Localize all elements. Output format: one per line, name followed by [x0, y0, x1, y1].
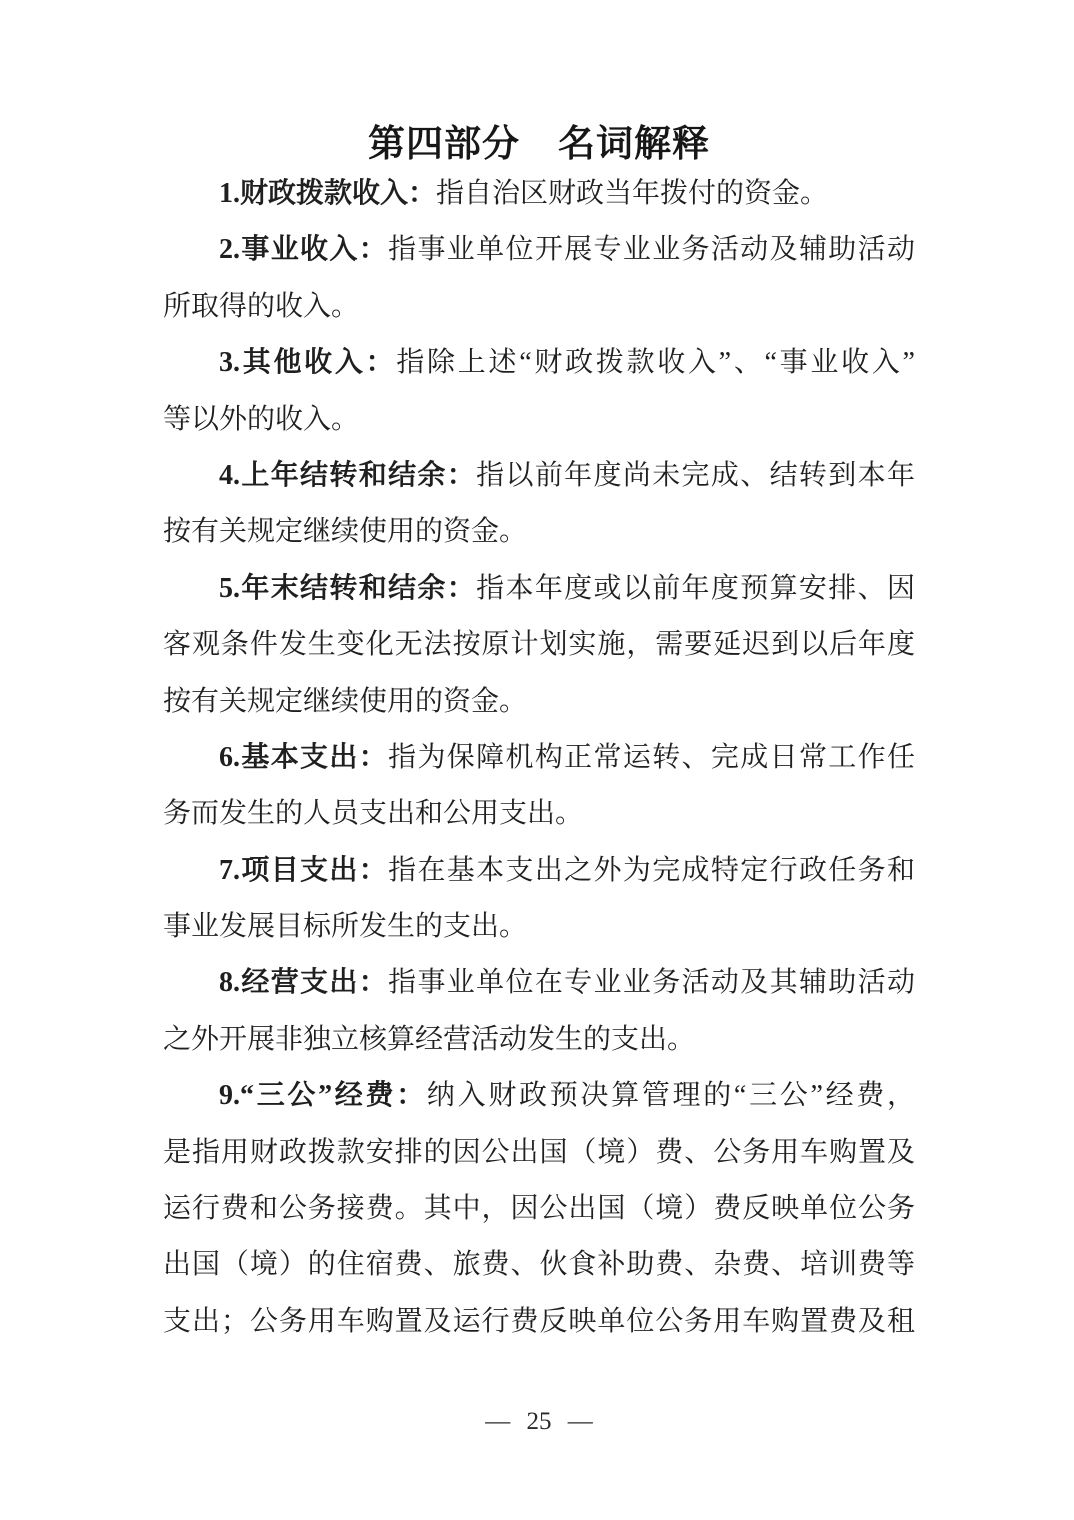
text-line: 之外开展非独立核算经营活动发生的支出。	[163, 1012, 915, 1068]
definition-paragraph-2: 2.事业收入：指事业单位开展专业业务活动及辅助活动 所取得的收入。	[163, 222, 915, 335]
definition-text: 指自治区财政当年拨付的资金。	[436, 178, 828, 209]
term-label: 1.财政拨款收入：	[219, 178, 436, 209]
page-footer: — 25 —	[163, 1404, 915, 1440]
definition-text: 运行费和公务接费。其中，因公出国（境）费反映单位公务	[163, 1193, 915, 1224]
definition-text: 指本年度或以前年度预算安排、因	[476, 573, 915, 604]
definition-text: 出国（境）的住宿费、旅费、伙食补助费、杂费、培训费等	[163, 1249, 915, 1280]
definition-paragraph-4: 4.上年结转和结余：指以前年度尚未完成、结转到本年 按有关规定继续使用的资金。	[163, 448, 915, 561]
text-line: 9.“三公”经费：纳入财政预决算管理的“三公”经费，	[163, 1068, 915, 1124]
text-line: 等以外的收入。	[163, 392, 915, 448]
term-label: 7.项目支出：	[219, 855, 388, 886]
text-line: 3.其他收入：指除上述“财政拨款收入”、“事业收入”	[163, 335, 915, 391]
definition-paragraph-1: 1.财政拨款收入：指自治区财政当年拨付的资金。	[163, 166, 915, 222]
definition-text: 按有关规定继续使用的资金。	[163, 686, 527, 717]
text-line: 客观条件发生变化无法按原计划实施，需要延迟到以后年度	[163, 617, 915, 673]
definition-paragraph-7: 7.项目支出：指在基本支出之外为完成特定行政任务和 事业发展目标所发生的支出。	[163, 843, 915, 956]
definition-paragraph-6: 6.基本支出：指为保障机构正常运转、完成日常工作任 务而发生的人员支出和公用支出…	[163, 730, 915, 843]
page-number: — 25 —	[485, 1408, 593, 1435]
term-label: 6.基本支出：	[219, 742, 388, 773]
text-line: 支出；公务用车购置及运行费反映单位公务用车购置费及租	[163, 1294, 915, 1350]
text-line: 4.上年结转和结余：指以前年度尚未完成、结转到本年	[163, 448, 915, 504]
term-label: 5.年末结转和结余：	[219, 573, 476, 604]
text-line: 8.经营支出：指事业单位在专业业务活动及其辅助活动	[163, 955, 915, 1011]
term-label: 4.上年结转和结余：	[219, 460, 476, 491]
definition-paragraph-3: 3.其他收入：指除上述“财政拨款收入”、“事业收入” 等以外的收入。	[163, 335, 915, 448]
definition-text: 支出；公务用车购置及运行费反映单位公务用车购置费及租	[163, 1306, 915, 1337]
term-label: 2.事业收入：	[219, 234, 388, 265]
document-body: 1.财政拨款收入：指自治区财政当年拨付的资金。 2.事业收入：指事业单位开展专业…	[163, 166, 915, 1350]
definition-paragraph-5: 5.年末结转和结余：指本年度或以前年度预算安排、因 客观条件发生变化无法按原计划…	[163, 561, 915, 730]
definition-text: 务而发生的人员支出和公用支出。	[163, 798, 583, 829]
text-line: 按有关规定继续使用的资金。	[163, 674, 915, 730]
term-label: 3.其他收入：	[219, 347, 396, 378]
definition-text: 指事业单位开展专业业务活动及辅助活动	[388, 234, 915, 265]
text-line: 出国（境）的住宿费、旅费、伙食补助费、杂费、培训费等	[163, 1237, 915, 1293]
text-line: 所取得的收入。	[163, 279, 915, 335]
text-line: 按有关规定继续使用的资金。	[163, 504, 915, 560]
definition-text: 之外开展非独立核算经营活动发生的支出。	[163, 1024, 695, 1055]
text-line: 是指用财政拨款安排的因公出国（境）费、公务用车购置及	[163, 1125, 915, 1181]
text-line: 务而发生的人员支出和公用支出。	[163, 786, 915, 842]
page-title: 第四部分 名词解释	[163, 122, 915, 166]
definition-text: 指为保障机构正常运转、完成日常工作任	[388, 742, 915, 773]
text-line: 事业发展目标所发生的支出。	[163, 899, 915, 955]
term-label: 9.“三公”经费：	[219, 1080, 427, 1111]
text-line: 1.财政拨款收入：指自治区财政当年拨付的资金。	[163, 166, 915, 222]
text-line: 7.项目支出：指在基本支出之外为完成特定行政任务和	[163, 843, 915, 899]
term-label: 8.经营支出：	[219, 967, 388, 998]
definition-text: 所取得的收入。	[163, 291, 359, 322]
definition-text: 客观条件发生变化无法按原计划实施，需要延迟到以后年度	[163, 629, 915, 660]
definition-text: 指以前年度尚未完成、结转到本年	[476, 460, 915, 491]
text-line: 5.年末结转和结余：指本年度或以前年度预算安排、因	[163, 561, 915, 617]
document-page: 第四部分 名词解释 1.财政拨款收入：指自治区财政当年拨付的资金。 2.事业收入…	[0, 0, 1074, 1520]
definition-text: 按有关规定继续使用的资金。	[163, 516, 527, 547]
definition-text: 指在基本支出之外为完成特定行政任务和	[388, 855, 915, 886]
definition-text: 指除上述“财政拨款收入”、“事业收入”	[396, 347, 915, 378]
definition-text: 事业发展目标所发生的支出。	[163, 911, 527, 942]
definition-text: 纳入财政预决算管理的“三公”经费，	[427, 1080, 915, 1111]
text-line: 6.基本支出：指为保障机构正常运转、完成日常工作任	[163, 730, 915, 786]
text-line: 运行费和公务接费。其中，因公出国（境）费反映单位公务	[163, 1181, 915, 1237]
text-line: 2.事业收入：指事业单位开展专业业务活动及辅助活动	[163, 222, 915, 278]
definition-paragraph-8: 8.经营支出：指事业单位在专业业务活动及其辅助活动 之外开展非独立核算经营活动发…	[163, 955, 915, 1068]
definition-paragraph-9: 9.“三公”经费：纳入财政预决算管理的“三公”经费， 是指用财政拨款安排的因公出…	[163, 1068, 915, 1350]
definition-text: 等以外的收入。	[163, 404, 359, 435]
definition-text: 指事业单位在专业业务活动及其辅助活动	[388, 967, 915, 998]
definition-text: 是指用财政拨款安排的因公出国（境）费、公务用车购置及	[163, 1137, 915, 1168]
